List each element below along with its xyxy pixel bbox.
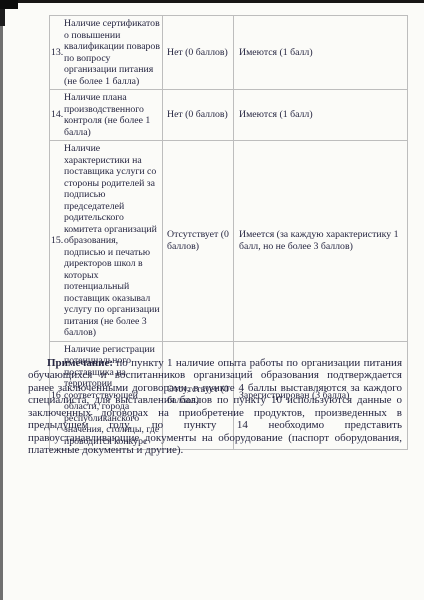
score-absent-text: Нет (0 баллов) bbox=[167, 47, 228, 59]
scan-edge-left bbox=[0, 0, 3, 600]
row-number: 15. bbox=[51, 235, 64, 247]
criterion-cell: 13. Наличие сертификатов о повышении ква… bbox=[50, 16, 162, 89]
score-present-cell: Имеются (1 балл) bbox=[233, 16, 407, 89]
scan-edge-top bbox=[0, 0, 424, 3]
criterion-text: Наличие характеристики на поставщика усл… bbox=[64, 143, 160, 339]
criterion-cell: 14. Наличие плана производственного конт… bbox=[50, 90, 162, 140]
scan-edge-corner bbox=[0, 0, 18, 9]
table-row: 14. Наличие плана производственного конт… bbox=[50, 89, 407, 140]
note-text: по пункту 1 наличие опыта работы по орга… bbox=[28, 357, 402, 456]
note-paragraph: Примечание: по пункту 1 наличие опыта ра… bbox=[28, 357, 402, 457]
table-row: 13. Наличие сертификатов о повышении ква… bbox=[50, 16, 407, 89]
criterion-cell: 15. Наличие характеристики на поставщика… bbox=[50, 141, 162, 341]
scanned-document-page: 13. Наличие сертификатов о повышении ква… bbox=[0, 0, 424, 600]
score-present-cell: Имеется (за каждую характеристику 1 балл… bbox=[233, 141, 407, 341]
score-absent-cell: Нет (0 баллов) bbox=[162, 90, 233, 140]
row-number: 13. bbox=[51, 47, 64, 59]
score-present-cell: Имеются (1 балл) bbox=[233, 90, 407, 140]
criterion-text: Наличие сертификатов о повышении квалифи… bbox=[64, 18, 160, 87]
criterion-text: Наличие плана производственного контроля… bbox=[64, 92, 160, 138]
row-number: 14. bbox=[51, 109, 64, 121]
score-absent-text: Отсутствует (0 баллов) bbox=[167, 229, 232, 252]
score-present-text: Имеются (1 балл) bbox=[239, 47, 313, 59]
score-absent-cell: Нет (0 баллов) bbox=[162, 16, 233, 89]
score-absent-text: Нет (0 баллов) bbox=[167, 109, 228, 121]
score-absent-cell: Отсутствует (0 баллов) bbox=[162, 141, 233, 341]
table-row: 15. Наличие характеристики на поставщика… bbox=[50, 140, 407, 341]
note-label: Примечание: bbox=[47, 357, 113, 369]
score-present-text: Имеется (за каждую характеристику 1 балл… bbox=[239, 229, 404, 252]
score-present-text: Имеются (1 балл) bbox=[239, 109, 313, 121]
